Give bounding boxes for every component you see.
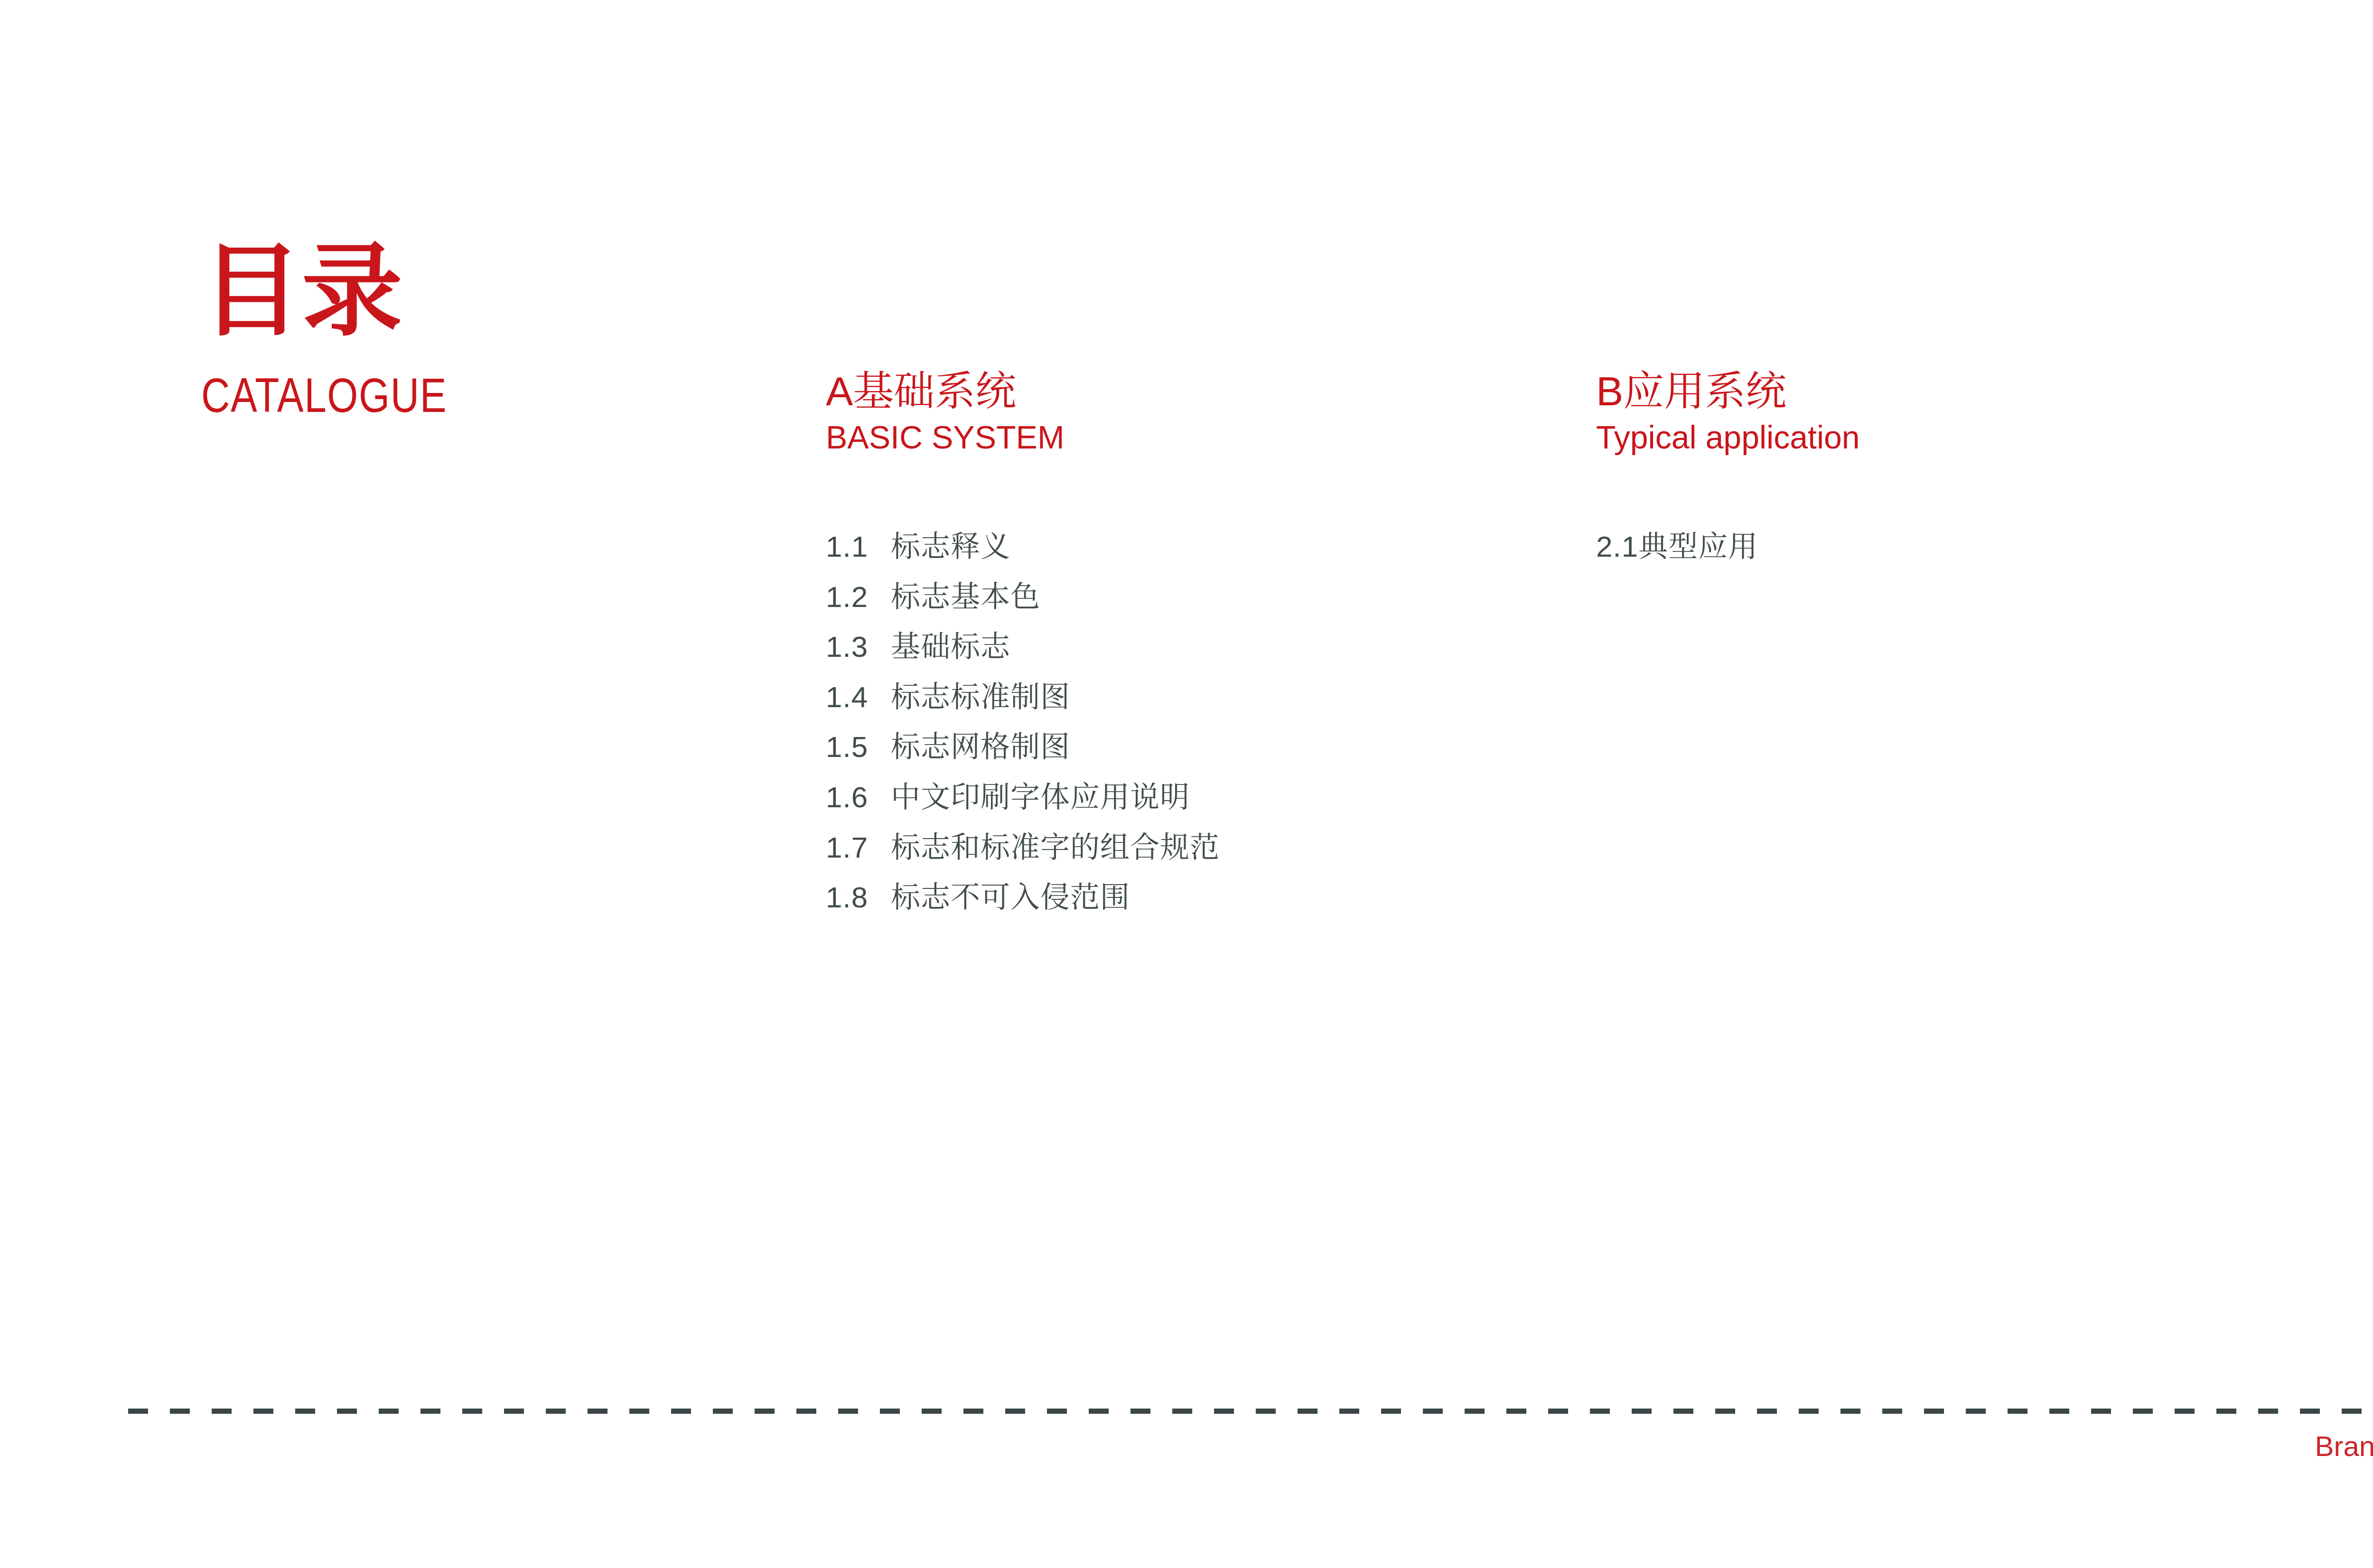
toc-row: 1.7 标志和标准字的组合规范 xyxy=(826,823,1220,873)
toc-item-label: 标志和标准字的组合规范 xyxy=(891,823,1220,873)
toc-item-number: 1.2 xyxy=(826,572,891,623)
catalogue-page: 目录 CATALOGUE A基础系统 BASIC SYSTEM 1.1 标志释义… xyxy=(0,0,2373,1568)
toc-item-label: 标志网格制图 xyxy=(891,722,1070,773)
toc-item-number: 1.8 xyxy=(826,873,891,923)
toc-item-number: 1.3 xyxy=(826,622,891,672)
toc-row: 1.5 标志网格制图 xyxy=(826,722,1220,773)
toc-row: 2.1 典型应用 xyxy=(1596,522,1758,572)
dashed-divider xyxy=(128,1409,2373,1414)
toc-item-number: 1.4 xyxy=(826,672,891,723)
toc-item-number: 1.1 xyxy=(826,522,891,572)
page-title-cn: 目录 xyxy=(201,241,402,342)
page-title-en: CATALOGUE xyxy=(201,371,447,420)
toc-row: 1.4 标志标准制图 xyxy=(826,672,1220,723)
toc-item-label: 典型应用 xyxy=(1638,522,1758,572)
toc-item-number: 1.6 xyxy=(826,773,891,823)
toc-item-label: 标志基本色 xyxy=(891,572,1040,623)
toc-item-number: 1.7 xyxy=(826,823,891,873)
toc-row: 1.6 中文印刷字体应用说明 xyxy=(826,773,1220,823)
section-a-toc-list: 1.1 标志释义 1.2 标志基本色 1.3 基础标志 1.4 标志标准制图 1… xyxy=(826,522,1220,923)
toc-row: 1.1 标志释义 xyxy=(826,522,1220,572)
toc-row: 1.3 基础标志 xyxy=(826,622,1220,672)
toc-row: 1.8 标志不可入侵范围 xyxy=(826,873,1220,923)
section-b-toc-list: 2.1 典型应用 xyxy=(1596,522,1758,572)
section-a-heading-cn: A基础系统 xyxy=(826,371,1016,412)
toc-row: 1.2 标志基本色 xyxy=(826,572,1220,623)
toc-item-label: 中文印刷字体应用说明 xyxy=(891,773,1190,823)
section-b-heading-cn: B应用系统 xyxy=(1596,371,1786,412)
toc-item-label: 基础标志 xyxy=(891,622,1010,672)
footer-brand-text: Brand Visual ldentity System xyxy=(2315,1432,2373,1461)
toc-item-number: 1.5 xyxy=(826,722,891,773)
toc-item-label: 标志释义 xyxy=(891,522,1010,572)
toc-item-number: 2.1 xyxy=(1596,522,1638,572)
toc-item-label: 标志不可入侵范围 xyxy=(891,873,1130,923)
section-a-heading-en: BASIC SYSTEM xyxy=(826,421,1065,454)
toc-item-label: 标志标准制图 xyxy=(891,672,1070,723)
section-b-heading-en: Typical application xyxy=(1596,421,1860,454)
